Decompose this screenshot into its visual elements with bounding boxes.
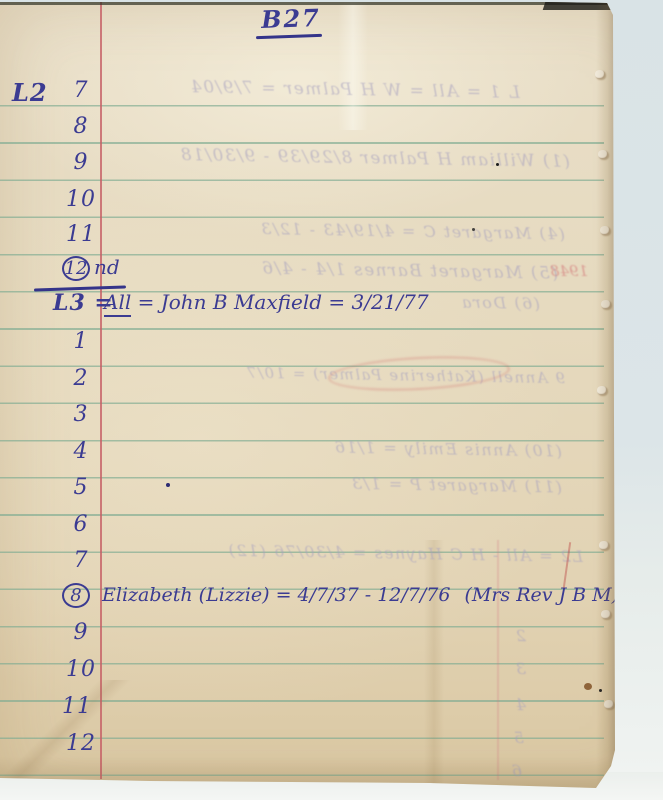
- section-label-l2: L2: [12, 78, 48, 107]
- paper-crease: [338, 0, 368, 130]
- ink-speck: [472, 228, 475, 231]
- circled-number-12: 12: [62, 256, 90, 281]
- bleed-through-number: 3: [500, 659, 526, 678]
- notebook-paper: L 1 = All = W H Palmer = 7/9/04 (1) Will…: [0, 0, 663, 800]
- row-number: 10: [59, 187, 103, 212]
- circled-number-8: 8: [62, 583, 90, 608]
- bleed-through-line: (6) Dora: [420, 292, 540, 313]
- row-number: 4: [59, 439, 103, 464]
- entry-dates: = 4/7/37 - 12/7/76: [276, 584, 451, 606]
- row-number: 1: [59, 329, 103, 354]
- heading-text: = John B Maxfield = 3/21/77: [138, 290, 429, 314]
- paper-right-edge-shadow: [596, 0, 615, 800]
- title-underline: [256, 34, 322, 39]
- paper-crease: [424, 540, 444, 790]
- entry-name: Elizabeth (Lizzie): [102, 584, 270, 606]
- row-number: 7: [59, 548, 103, 573]
- row-number: 9: [59, 620, 103, 645]
- row-number: 3: [59, 402, 103, 427]
- row-number: 11: [59, 222, 103, 247]
- row-number: 10: [59, 657, 103, 682]
- ordinal-suffix: nd: [94, 255, 120, 279]
- row-number: 11: [55, 694, 99, 719]
- bleed-through-number: 5: [498, 728, 524, 747]
- row-number: 8: [59, 114, 103, 139]
- row-number: 6: [59, 512, 103, 537]
- ink-dot: [166, 483, 170, 487]
- row-number: 2: [59, 366, 103, 391]
- ink-speck: [496, 163, 499, 166]
- bleed-through-number: 4: [500, 695, 526, 714]
- stain-spot: [584, 683, 592, 690]
- bleed-through-number: 2: [500, 626, 526, 645]
- row-number: 9: [59, 150, 103, 175]
- section-heading: All = John B Maxfield = 3/21/77: [104, 290, 429, 314]
- row-12: 12nd: [62, 255, 120, 281]
- row-number: 7: [59, 78, 103, 103]
- page-title: B27: [248, 3, 335, 35]
- row-number: 12: [59, 731, 103, 756]
- scanned-notebook-page: L 1 = All = W H Palmer = 7/9/04 (1) Will…: [0, 0, 663, 800]
- bleed-through-line: L 1 = All = W H Palmer = 7/9/04: [185, 77, 520, 103]
- row-8-entry: 8Elizabeth (Lizzie) = 4/7/37 - 12/7/76(M…: [62, 583, 619, 608]
- bleed-through-red-text: 1948: [550, 262, 588, 280]
- heading-all-label: All: [104, 290, 131, 317]
- row-number: 5: [59, 475, 103, 500]
